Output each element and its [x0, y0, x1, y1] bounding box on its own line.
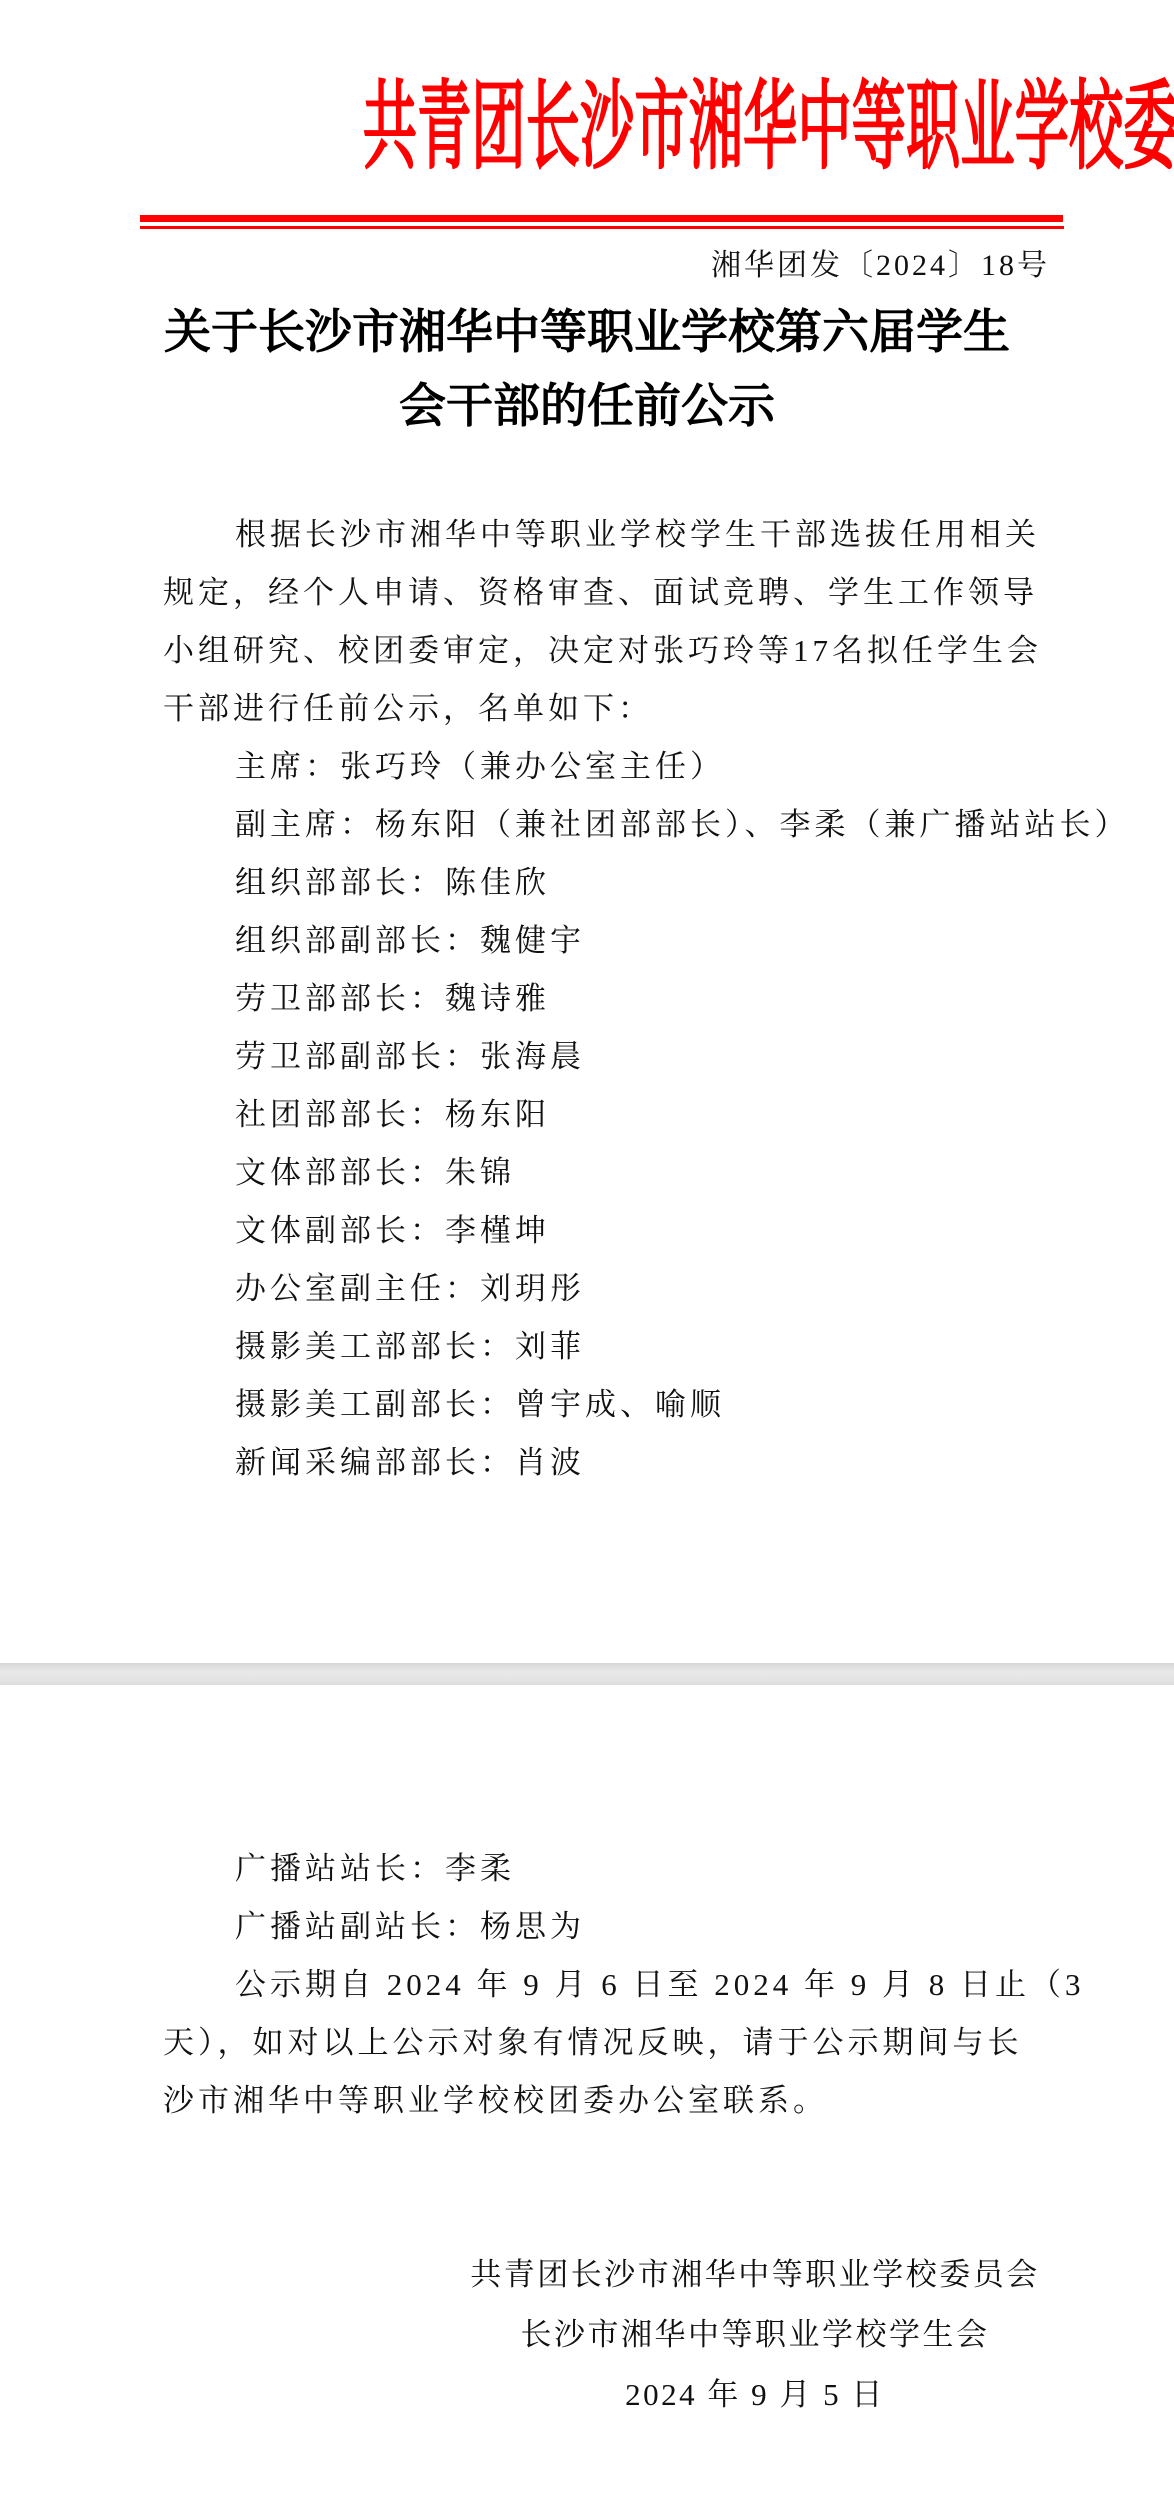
appointment-line: 文体副部长：李槿坤: [163, 1202, 1123, 1260]
appointment-line: 文体部部长：朱锦: [163, 1144, 1123, 1202]
paragraph-line: 小组研究、校团委审定，决定对张巧玲等17名拟任学生会: [163, 622, 1123, 680]
paragraph-line: 公示期自 2024 年 9 月 6 日至 2024 年 9 月 8 日止（3: [163, 1956, 1123, 2014]
appointment-line-chairman: 主席：张巧玲（兼办公室主任）: [163, 738, 1123, 796]
signature-org-line1: 共青团长沙市湘华中等职业学校委员会: [340, 2245, 1170, 2305]
paragraph-line: 干部进行任前公示，名单如下：: [163, 680, 1123, 738]
appointment-line: 办公室副主任：刘玥彤: [163, 1260, 1123, 1318]
appointment-line: 组织部部长：陈佳欣: [163, 854, 1123, 912]
paragraph-line: 沙市湘华中等职业学校校团委办公室联系。: [163, 2072, 1123, 2130]
appointment-line-vice-chairman: 副主席：杨东阳（兼社团部部长）、李柔（兼广播站站长）: [163, 796, 1123, 854]
appointment-line: 社团部部长：杨东阳: [163, 1086, 1123, 1144]
document-title: 关于长沙市湘华中等职业学校第六届学生 会干部的任前公示: [0, 296, 1174, 444]
appointment-line: 摄影美工部部长：刘菲: [163, 1318, 1123, 1376]
letterhead: 共青团长沙市湘华中等职业学校委员会: [0, 76, 1174, 208]
document-title-line1: 关于长沙市湘华中等职业学校第六届学生: [0, 296, 1174, 370]
appointment-line: 劳卫部部长：魏诗雅: [163, 970, 1123, 1028]
red-rule-thick: [140, 215, 1063, 222]
paragraph-line: 规定，经个人申请、资格审查、面试竞聘、学生工作领导: [163, 564, 1123, 622]
appointment-line: 广播站副站长：杨思为: [163, 1898, 1123, 1956]
signature-org-line2: 长沙市湘华中等职业学校学生会: [340, 2305, 1170, 2365]
document-title-line2: 会干部的任前公示: [0, 370, 1174, 444]
paragraph-line: 天），如对以上公示对象有情况反映，请于公示期间与长: [163, 2014, 1123, 2072]
body-page2: 广播站站长：李柔 广播站副站长：杨思为 公示期自 2024 年 9 月 6 日至…: [163, 1840, 1123, 2130]
letterhead-org-name: 共青团长沙市湘华中等职业学校委员会: [363, 76, 1174, 180]
appointment-line: 新闻采编部部长：肖波: [163, 1434, 1123, 1492]
body-page1: 根据长沙市湘华中等职业学校学生干部选拔任用相关 规定，经个人申请、资格审查、面试…: [163, 506, 1123, 1492]
appointment-line: 组织部副部长：魏健宇: [163, 912, 1123, 970]
document-page: 共青团长沙市湘华中等职业学校委员会 湘华团发〔2024〕18号 关于长沙市湘华中…: [0, 0, 1174, 2494]
red-rule-thin: [140, 226, 1064, 229]
appointment-line: 劳卫部副部长：张海晨: [163, 1028, 1123, 1086]
paragraph-line: 根据长沙市湘华中等职业学校学生干部选拔任用相关: [163, 506, 1123, 564]
signature-date: 2024 年 9 月 5 日: [340, 2365, 1170, 2425]
document-number: 湘华团发〔2024〕18号: [711, 240, 1050, 284]
signature-block: 共青团长沙市湘华中等职业学校委员会 长沙市湘华中等职业学校学生会 2024 年 …: [340, 2245, 1170, 2425]
appointment-line: 广播站站长：李柔: [163, 1840, 1123, 1898]
page-break-separator: [0, 1663, 1174, 1685]
appointment-line: 摄影美工副部长：曾宇成、喻顺: [163, 1376, 1123, 1434]
